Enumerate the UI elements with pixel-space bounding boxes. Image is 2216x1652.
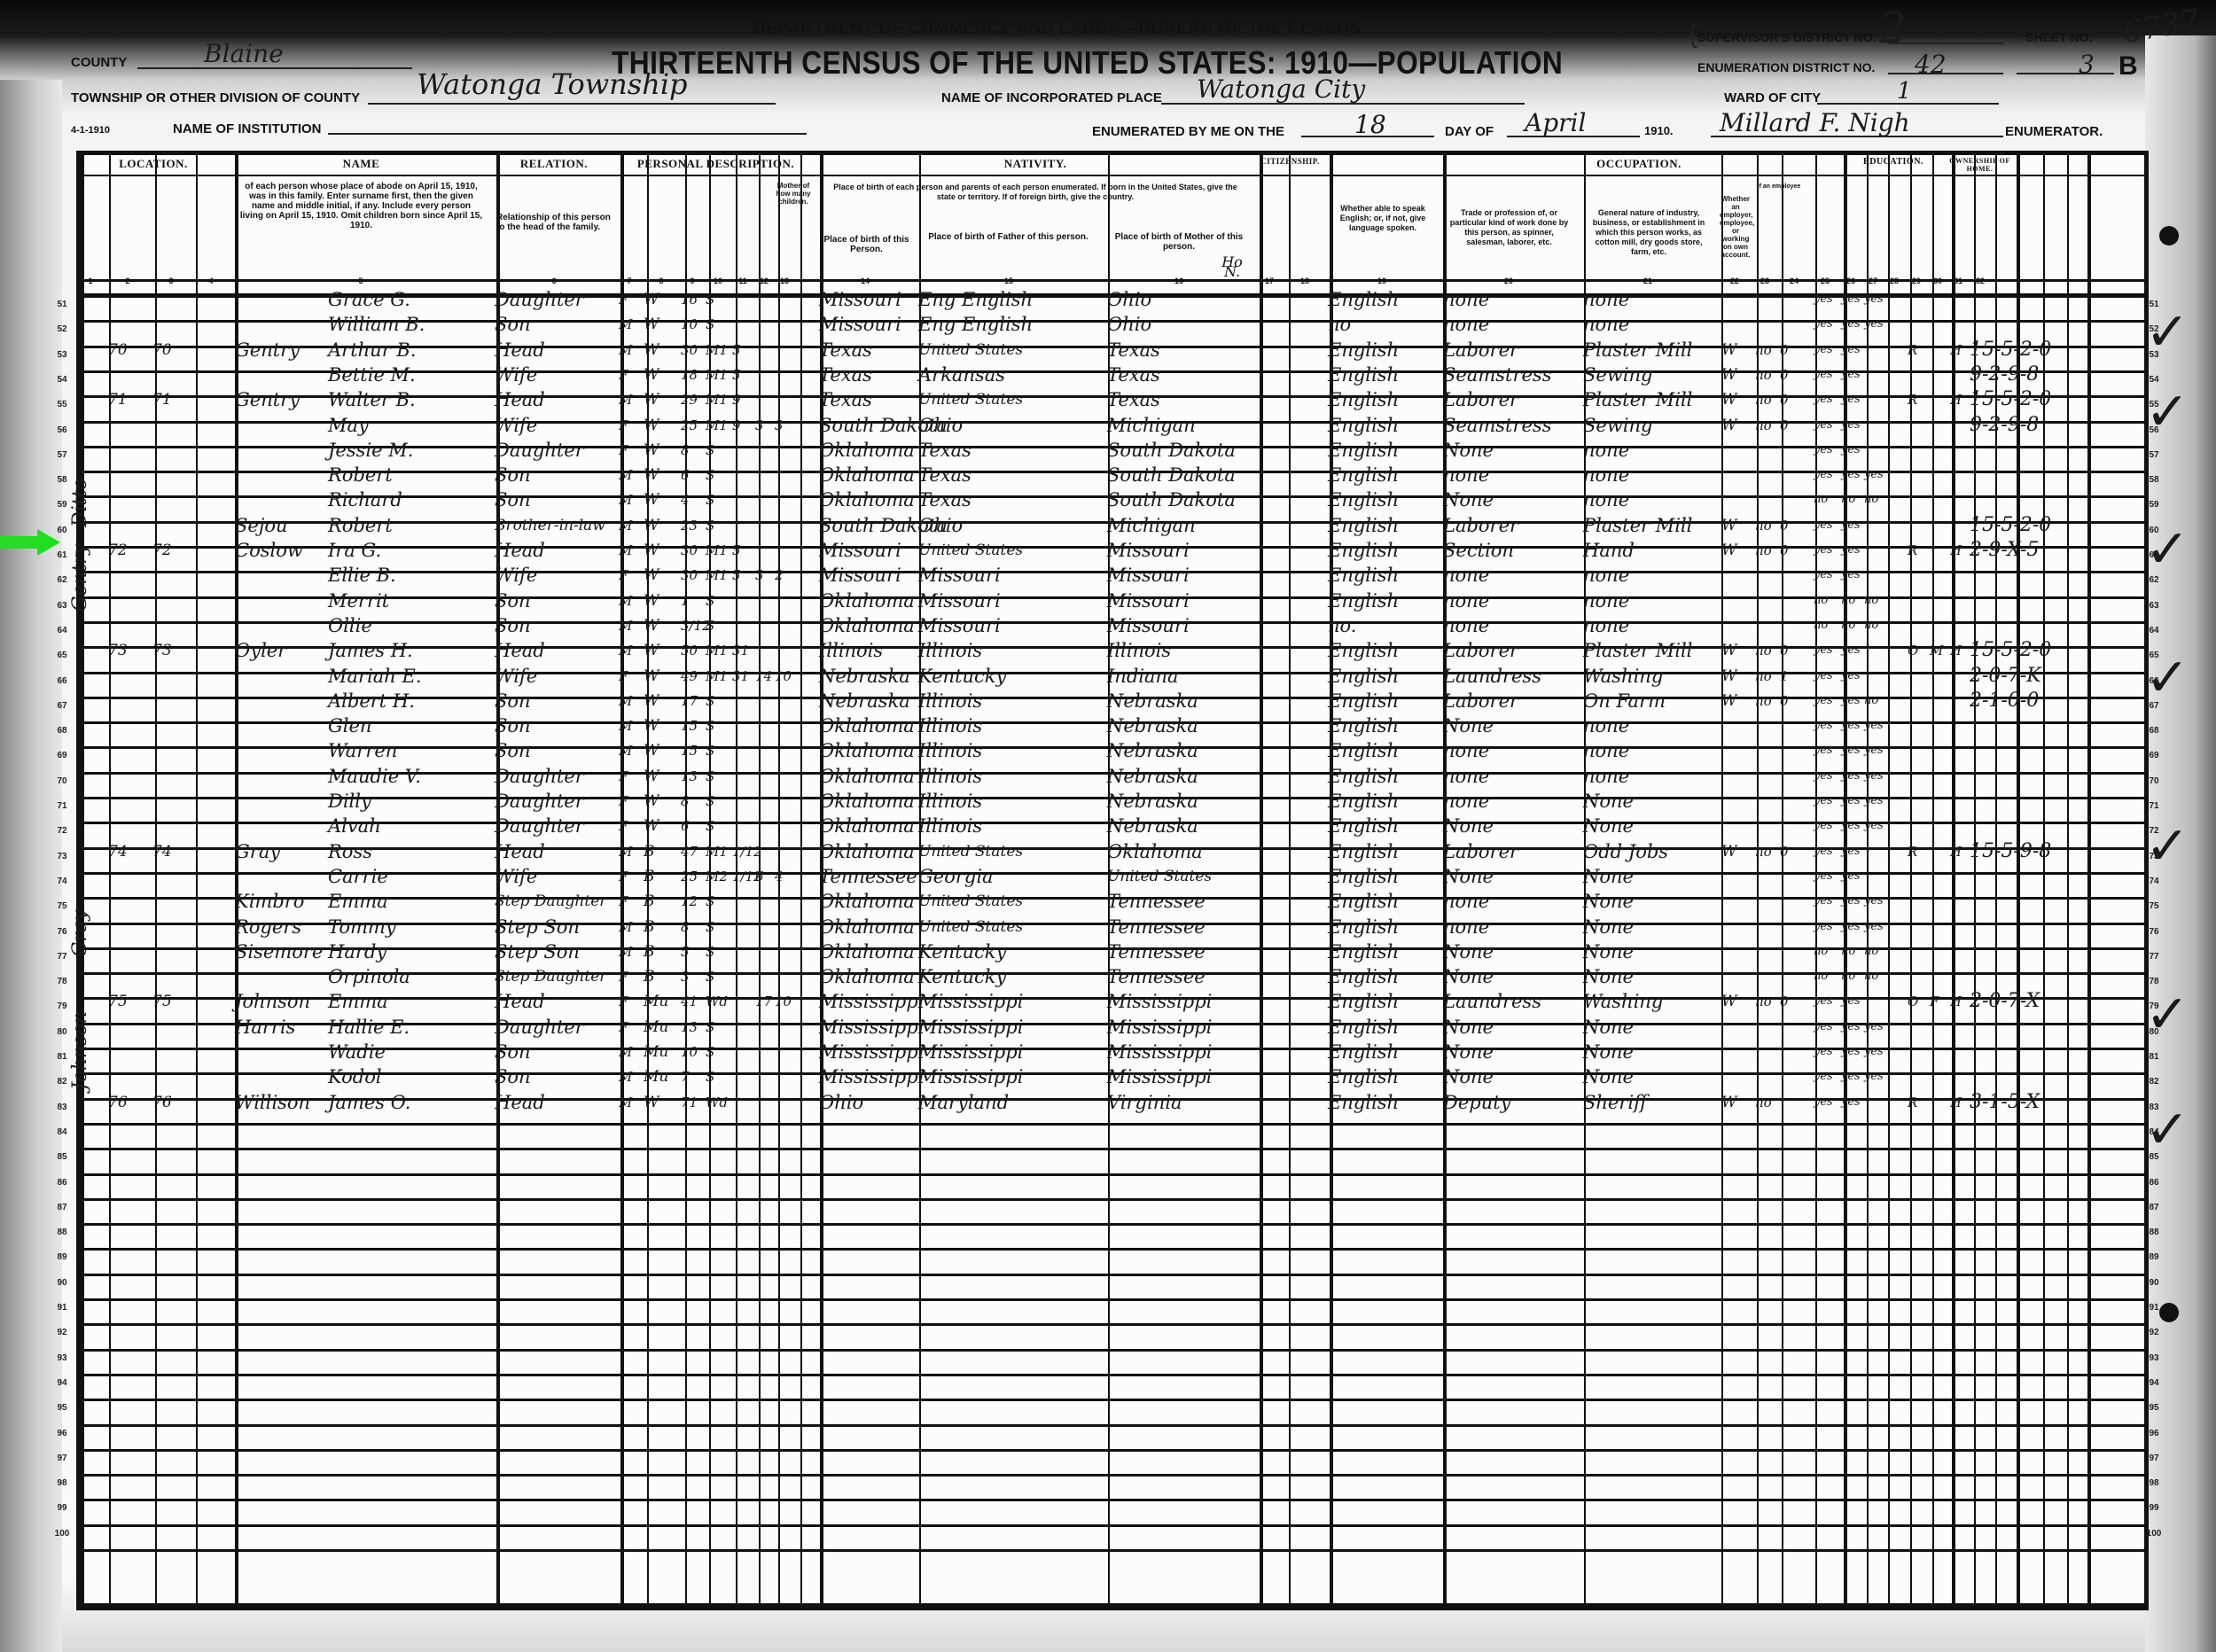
cell-trade: Laundress (1443, 664, 1541, 689)
line-number-right: 55 (2143, 400, 2165, 409)
cell-emp: W (1721, 338, 1736, 362)
cell-yrs: 5 (732, 338, 741, 362)
cell-read: yes (1814, 1064, 1833, 1089)
header-if-employee: If an employee (1753, 182, 1805, 191)
cell-relation: Wife (495, 664, 537, 689)
cell-age: 7 (681, 1064, 690, 1089)
cell-write: yes (1841, 1015, 1861, 1040)
cell-industry: Hand (1583, 538, 1635, 563)
margin-note: Gentry (69, 543, 91, 612)
cell-read: yes (1814, 1090, 1833, 1115)
cell-school: yes (1864, 287, 1884, 312)
cell-write: no (1841, 964, 1855, 989)
line-number-right: 58 (2143, 475, 2165, 485)
cell-race: W (644, 487, 659, 512)
cell-marital: M1 (706, 538, 728, 563)
cell-trade: Laborer (1443, 387, 1518, 412)
line-number-right: 91 (2143, 1303, 2165, 1313)
cell-read: yes (1814, 839, 1833, 864)
cell-trade: none (1443, 287, 1489, 312)
column-number: 13 (776, 277, 793, 285)
column-number: 31 (1949, 277, 1967, 285)
cell-write: yes (1841, 638, 1861, 663)
line-number-right: 96 (2143, 1429, 2165, 1438)
cell-bpf: Maryland (918, 1090, 1009, 1115)
cell-family: 72 (152, 538, 172, 563)
cell-read: yes (1814, 689, 1833, 713)
cell-relation: Step Son (495, 915, 580, 939)
form-title: THIRTEENTH CENSUS OF THE UNITED STATES: … (612, 44, 1563, 82)
cell-school: no (1864, 613, 1878, 638)
column-number: 32 (1971, 277, 1989, 285)
cell-trade: None (1443, 939, 1494, 964)
cell-sex: M (619, 1090, 632, 1115)
header-english: Whether able to speak English; or, if no… (1330, 204, 1436, 233)
cell-dwelling: 70 (108, 338, 128, 362)
cell-code: 15-5-2-0 (1970, 338, 2051, 362)
left-margin (0, 80, 62, 1652)
cell-relation: Head (495, 387, 545, 412)
cell-lang: English (1328, 939, 1399, 964)
cell-age: 13 (681, 764, 698, 789)
line-number-right: 65 (2143, 651, 2165, 660)
cell-read: yes (1814, 287, 1833, 312)
cell-surname: Willison (235, 1090, 310, 1115)
cell-ow: no (1755, 413, 1772, 438)
cell-given: Ollie (328, 613, 372, 638)
cell-lang: English (1328, 1040, 1399, 1064)
column-number: 14 (856, 277, 874, 285)
cell-relation: Head (495, 839, 545, 864)
line-number-left: 100 (51, 1529, 73, 1539)
cell-school: yes (1864, 312, 1884, 337)
cell-marital: M1 (706, 338, 728, 362)
cell-code: 2-1-0-0 (1970, 689, 2039, 713)
cell-trade: None (1443, 964, 1494, 989)
cell-family: 73 (152, 638, 172, 663)
cell-school: yes (1864, 889, 1884, 914)
cell-code: 15-5-9-8 (1970, 839, 2051, 864)
county-value: Blaine (204, 39, 284, 68)
cell-given: Jessie M. (328, 438, 413, 463)
header-name-desc: of each person whose place of abode on A… (239, 182, 483, 230)
cell-marital: S (706, 915, 714, 939)
cell-trade: None (1443, 487, 1494, 512)
cell-bpm: Mississippi (1107, 1064, 1212, 1089)
enumerator-label: ENUMERATOR. (2005, 124, 2103, 139)
cell-read: yes (1814, 338, 1833, 362)
cell-race: W (644, 287, 659, 312)
cell-write: yes (1841, 1064, 1861, 1089)
cell-own: O (1908, 989, 1918, 1014)
margin-note: Ditto (69, 478, 91, 527)
cell-read: no (1814, 613, 1828, 638)
cell-read: yes (1814, 738, 1833, 763)
cell-marital: S (706, 1015, 714, 1040)
line-number-right: 63 (2143, 601, 2165, 611)
cell-bpm: Ohio (1107, 287, 1151, 312)
check-mark-icon: ✓ (2145, 815, 2189, 877)
cell-farm: H (1950, 1090, 1962, 1115)
cell-lang: English (1328, 538, 1399, 563)
column-number: 12 (755, 277, 773, 285)
cell-read: yes (1814, 889, 1833, 914)
cell-age: 1 (681, 588, 690, 613)
line-number-right: 67 (2143, 701, 2165, 711)
line-number-left: 88 (51, 1227, 73, 1237)
cell-write: yes (1841, 839, 1861, 864)
cell-school: yes (1864, 738, 1884, 763)
cell-read: yes (1814, 563, 1833, 588)
cell-emp: W (1721, 664, 1736, 689)
cell-race: Mu (644, 989, 668, 1014)
cell-write: yes (1841, 713, 1861, 738)
cell-bp: Mississippi (819, 1040, 924, 1064)
cell-emp: W (1721, 839, 1736, 864)
line-number-left: 56 (51, 425, 73, 435)
cell-race: W (644, 638, 659, 663)
cell-surname: Sejou (235, 513, 288, 538)
cell-marital: S (706, 513, 714, 538)
cell-emp: W (1721, 387, 1736, 412)
cell-trade: None (1443, 814, 1494, 838)
cell-bp: Texas (819, 387, 872, 412)
cell-emp: W (1721, 538, 1736, 563)
cell-living: 10 (775, 989, 792, 1014)
cell-lang: English (1328, 915, 1399, 939)
cell-race: W (644, 814, 659, 838)
cell-marital: S (706, 588, 714, 613)
cell-lang: English (1328, 463, 1399, 487)
cell-yrs: 31 (732, 638, 749, 663)
cell-born: 17 (755, 989, 772, 1014)
cell-bp: Oklahoma (819, 613, 915, 638)
cell-given: Hallie E. (328, 1015, 410, 1040)
cell-lang: English (1328, 487, 1399, 512)
cell-farm: H (1950, 538, 1962, 563)
cell-race: W (644, 362, 659, 387)
cell-bpm: Mississippi (1107, 1015, 1212, 1040)
cell-trade: Seamstress (1443, 413, 1551, 438)
cell-emp: W (1721, 413, 1736, 438)
cell-read: yes (1814, 413, 1833, 438)
cell-bp: Oklahoma (819, 814, 915, 838)
cell-wk: 0 (1780, 689, 1789, 713)
cell-bpf: Eng English (918, 312, 1033, 337)
cell-relation: Daughter (495, 1015, 584, 1040)
cell-surname: Johnson (235, 989, 310, 1014)
cell-age: 12 (681, 889, 698, 914)
cell-race: W (644, 538, 659, 563)
cell-relation: Son (495, 1064, 531, 1089)
cell-bpm: Oklahoma (1107, 839, 1203, 864)
cell-race: W (644, 338, 659, 362)
cell-sex: F (619, 889, 628, 914)
cell-given: Mariah E. (328, 664, 422, 689)
column-number: 8 (652, 277, 670, 285)
column-number: 24 (1785, 277, 1803, 285)
line-number-right: 88 (2143, 1227, 2165, 1237)
line-number-right: 83 (2143, 1103, 2165, 1112)
cell-own: O (1908, 638, 1918, 663)
line-number-right: 85 (2143, 1152, 2165, 1162)
cell-age: 41 (681, 989, 698, 1014)
cell-write: yes (1841, 413, 1861, 438)
township-value: Watonga Township (417, 67, 688, 101)
cell-ow: no (1755, 338, 1772, 362)
cell-sex: M (619, 638, 632, 663)
cell-industry: none (1583, 588, 1629, 613)
cell-wk: 0 (1780, 513, 1789, 538)
cell-relation: Son (495, 738, 531, 763)
cell-race: B (644, 864, 655, 889)
cell-bp: Missouri (819, 538, 901, 563)
line-number-right: 93 (2143, 1353, 2165, 1363)
column-number: 27 (1864, 277, 1882, 285)
cell-sex: F (619, 664, 628, 689)
cell-wk: 0 (1780, 387, 1789, 412)
supervisor-label: SUPERVISOR'S DISTRICT NO. (1697, 30, 1876, 44)
cell-bp: Nebraska (819, 664, 910, 689)
cell-emp: W (1721, 513, 1736, 538)
cell-bpm: Nebraska (1107, 689, 1198, 713)
cell-race: W (644, 664, 659, 689)
column-number: 7 (620, 277, 638, 285)
cell-write: no (1841, 487, 1855, 512)
cell-given: Albert H. (328, 689, 415, 713)
cell-relation: Daughter (495, 287, 584, 312)
line-number-left: 99 (51, 1503, 73, 1513)
header-relation-desc: Relationship of this person to the head … (496, 213, 612, 232)
cell-surname: Gray (235, 839, 280, 864)
cell-given: May (328, 413, 369, 438)
cell-bpm: South Dakota (1107, 487, 1236, 512)
line-number-right: 53 (2143, 350, 2165, 360)
cell-bpm: Illinois (1107, 638, 1171, 663)
cell-age: 6 (681, 463, 690, 487)
cell-family: 70 (152, 338, 172, 362)
cell-born: 6 (755, 864, 764, 889)
cell-bpm: Tennessee (1107, 889, 1206, 914)
cell-read: yes (1814, 864, 1833, 889)
cell-surname: Rogers (235, 915, 301, 939)
cell-age: 47 (681, 839, 698, 864)
cell-age: 29 (681, 387, 698, 412)
cell-read: yes (1814, 764, 1833, 789)
cell-race: W (644, 588, 659, 613)
cell-bp: Oklahoma (819, 463, 915, 487)
cell-race: W (644, 789, 659, 814)
section-ownership: OWNERSHIP OF HOME. (1947, 157, 2012, 173)
cell-bpf: Missouri (918, 563, 1001, 588)
cell-lang: English (1328, 789, 1399, 814)
cell-sex: M (619, 939, 632, 964)
line-number-left: 85 (51, 1152, 73, 1162)
cell-write: yes (1841, 513, 1861, 538)
cell-lang: English (1328, 839, 1399, 864)
supervisor-value: 2 (1879, 4, 1907, 53)
cell-emp: W (1721, 362, 1736, 387)
cell-bpf: Eng English (918, 287, 1033, 312)
cell-race: W (644, 713, 659, 738)
cell-relation: Wife (495, 864, 537, 889)
cell-sex: M (619, 689, 632, 713)
cell-given: Ross (328, 839, 372, 864)
cell-sex: M (619, 588, 632, 613)
cell-read: yes (1814, 1040, 1833, 1064)
cell-sex: M (619, 613, 632, 638)
cell-read: yes (1814, 513, 1833, 538)
cell-read: no (1814, 964, 1828, 989)
line-number-right: 79 (2143, 1001, 2165, 1011)
header-birth-mother: Place of birth of Mother of this person. (1108, 232, 1250, 252)
cell-write: yes (1841, 1090, 1861, 1115)
cell-industry: Sewing (1583, 362, 1652, 387)
cell-bpm: Michigan (1107, 413, 1196, 438)
cell-age: 15 (681, 713, 698, 738)
cell-code: 9-2-9-8 (1970, 413, 2039, 438)
line-number-left: 66 (51, 676, 73, 686)
cell-lang: no (1328, 312, 1351, 337)
line-number-left: 86 (51, 1178, 73, 1188)
line-number-right: 62 (2143, 575, 2165, 585)
cell-bpm: Mississippi (1107, 1040, 1212, 1064)
cell-bp: Oklahoma (819, 839, 915, 864)
cell-dwelling: 76 (108, 1090, 128, 1115)
cell-race: Mu (644, 1064, 668, 1089)
cell-relation: Wife (495, 563, 537, 588)
cell-school: no (1864, 588, 1878, 613)
cell-bpm: South Dakota (1107, 438, 1236, 463)
cell-farm: H (1950, 638, 1962, 663)
cell-school: no (1864, 964, 1878, 989)
cell-code: 2-0-7-K (1970, 664, 2041, 689)
cell-bpm: Indiana (1107, 664, 1179, 689)
cell-code: 9-2-9-8 (1970, 362, 2039, 387)
section-nativity: NATIVITY. (815, 157, 1255, 171)
cell-age: 25 (681, 413, 698, 438)
cell-bp: Mississippi (819, 1064, 924, 1089)
cell-bpm: Texas (1107, 362, 1160, 387)
column-number: 22 (1726, 277, 1744, 285)
cell-given: Hardy (328, 939, 386, 964)
cell-sex: F (619, 964, 628, 989)
cell-write: yes (1841, 738, 1861, 763)
enumerated-label: ENUMERATED BY ME ON THE (1092, 124, 1284, 139)
cell-bp: Oklahoma (819, 964, 915, 989)
cell-write: yes (1841, 889, 1861, 914)
cell-write: yes (1841, 538, 1861, 563)
section-education: EDUCATION. (1839, 157, 1947, 167)
cell-relation: Son (495, 713, 531, 738)
cell-marital: S (706, 312, 714, 337)
cell-school: no (1864, 487, 1878, 512)
cell-relation: Son (495, 312, 531, 337)
cell-dwelling: 71 (108, 387, 128, 412)
cell-age: 5 (681, 939, 690, 964)
cell-age: 30 (681, 538, 698, 563)
cell-bpm: Missouri (1107, 563, 1190, 588)
cell-surname: Gentry (235, 338, 300, 362)
cell-own: R (1908, 387, 1917, 412)
cell-emp: W (1721, 1090, 1736, 1115)
cell-marital: M1 (706, 839, 728, 864)
line-number-right: 92 (2143, 1328, 2165, 1337)
cell-emp: W (1721, 689, 1736, 713)
cell-bpf: Illinois (918, 789, 982, 814)
line-number-right: 64 (2143, 626, 2165, 635)
cell-read: no (1814, 487, 1828, 512)
column-number: 9 (683, 277, 701, 285)
cell-industry: Sheriff (1583, 1090, 1647, 1115)
cell-surname: Oyler (235, 638, 286, 663)
cell-marital: S (706, 939, 714, 964)
cell-write: yes (1841, 814, 1861, 838)
cell-trade: none (1443, 563, 1489, 588)
cell-industry: On Farm (1583, 689, 1666, 713)
cell-farm: H (1950, 989, 1962, 1014)
cell-farm: H (1950, 338, 1962, 362)
cell-write: yes (1841, 387, 1861, 412)
cell-marital: S (706, 463, 714, 487)
cell-lang: English (1328, 1015, 1399, 1040)
cell-age: 30 (681, 563, 698, 588)
cell-bpm: Tennessee (1107, 939, 1206, 964)
cell-bp: Missouri (819, 563, 901, 588)
cell-industry: Sewing (1583, 413, 1652, 438)
line-number-left: 91 (51, 1303, 73, 1313)
cell-sex: F (619, 864, 628, 889)
cell-lang: English (1328, 413, 1399, 438)
cell-industry: None (1583, 789, 1634, 814)
cell-lang: English (1328, 738, 1399, 763)
cell-age: 71 (681, 1090, 698, 1115)
sheet-label: SHEET NO. (2025, 30, 2092, 44)
department-heading: DEPARTMENT OF COMMERCE AND LABOR—BUREAU … (753, 19, 1361, 39)
cell-age: 15 (681, 738, 698, 763)
cell-industry: none (1583, 438, 1629, 463)
cell-age: 8 (681, 915, 690, 939)
punch-hole (2159, 226, 2179, 245)
cell-dwelling: 75 (108, 989, 128, 1014)
line-number-left: 51 (51, 300, 73, 309)
cell-bp: Oklahoma (819, 588, 915, 613)
cell-read: yes (1814, 312, 1833, 337)
cell-bpf: Kentucky (918, 939, 1006, 964)
cell-family: 71 (152, 387, 172, 412)
section-personal: PERSONAL DESCRIPTION. (616, 157, 815, 171)
cell-trade: none (1443, 463, 1489, 487)
cell-lang: English (1328, 1090, 1399, 1115)
cell-bpf: Illinois (918, 638, 982, 663)
cell-bp: Illinois (819, 638, 883, 663)
cell-yrs: 5 (732, 362, 741, 387)
margin-note: Johnson (69, 1011, 91, 1090)
cell-family: 76 (152, 1090, 172, 1115)
cell-given: William B. (328, 312, 425, 337)
line-number-right: 66 (2143, 676, 2165, 686)
cell-bpf: United States (918, 387, 1023, 412)
cell-given: James H. (328, 638, 413, 663)
cell-given: Kodol (328, 1064, 382, 1089)
line-number-right: 56 (2143, 425, 2165, 435)
cell-bpm: Nebraska (1107, 713, 1198, 738)
column-number: 2 (119, 277, 137, 285)
cell-age: 16 (681, 287, 698, 312)
cell-relation: Head (495, 338, 545, 362)
line-number-left: 78 (51, 977, 73, 986)
cell-marital: M1 (706, 362, 728, 387)
